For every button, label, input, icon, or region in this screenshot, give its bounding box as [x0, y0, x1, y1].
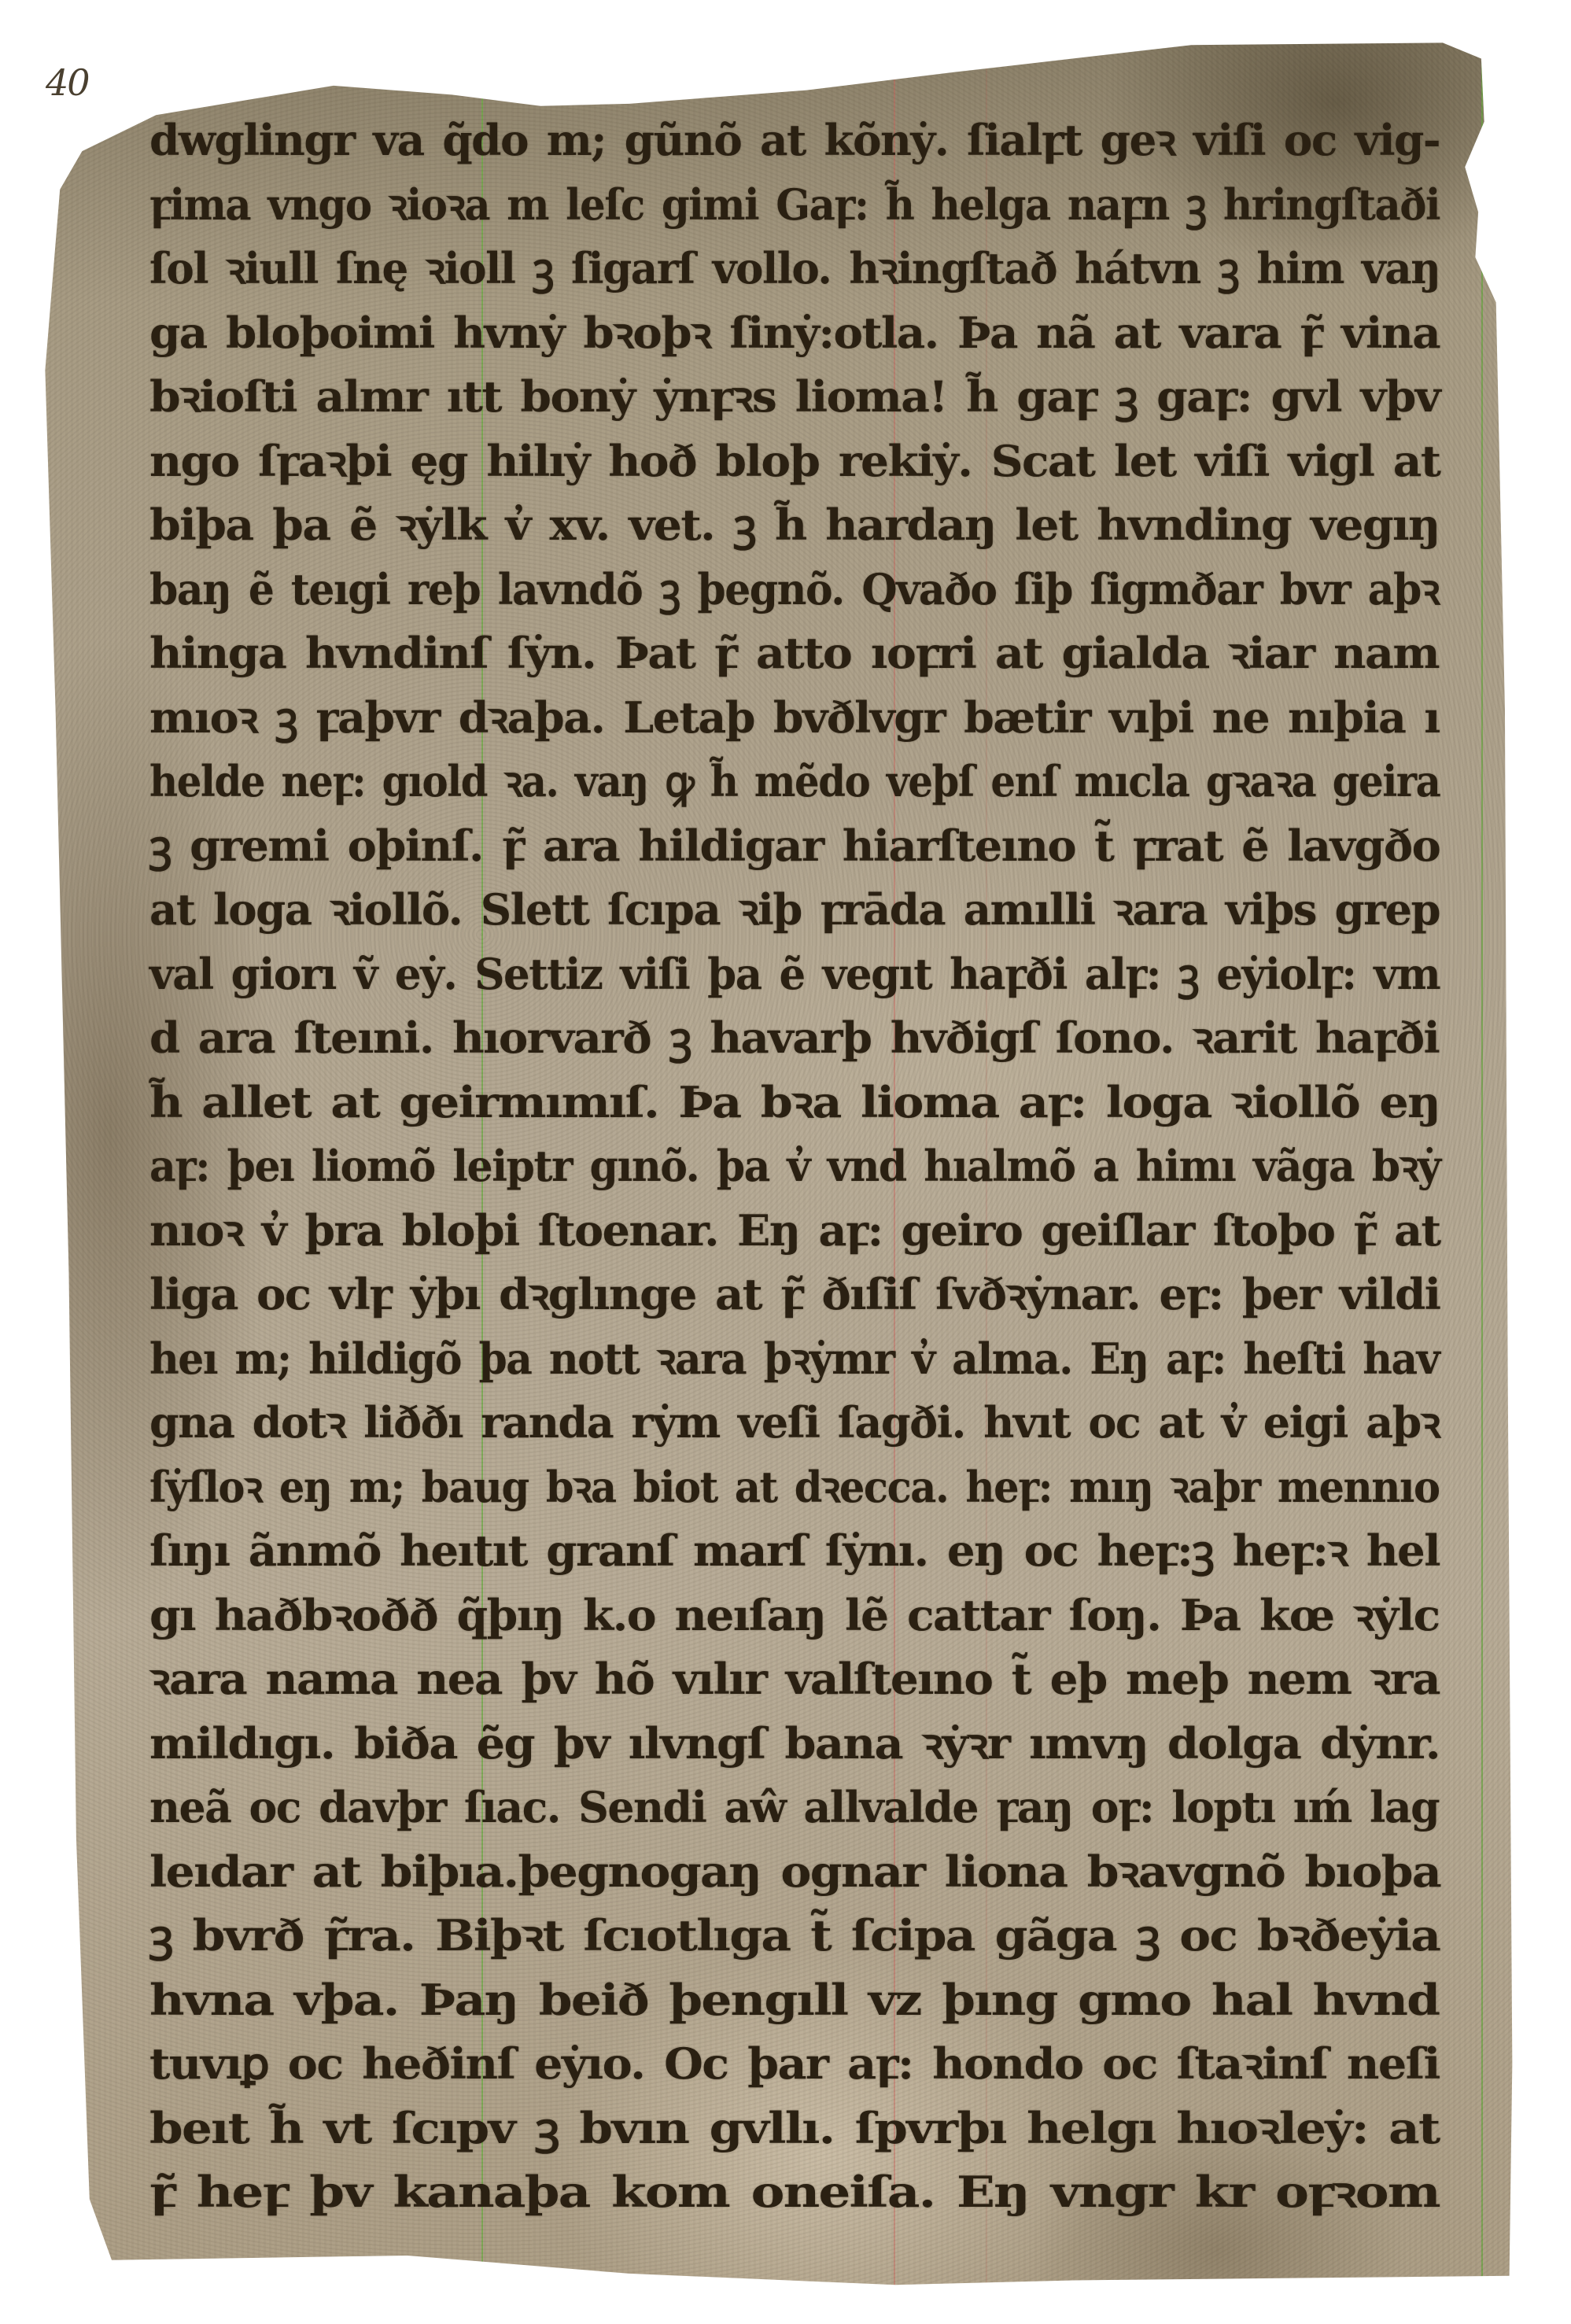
text-line: liga oc vlꝼ ẏþı dꝛglınge at ꝼ̃ ðıſiſ ſvð…	[149, 1263, 1505, 1327]
manuscript-text: dwglingr va q̃do m; gũnõ at kõnẏ. ſialꝼt…	[149, 109, 1455, 2225]
folio-number: 40	[46, 61, 89, 104]
text-line: neã oc davþr ſıac. Sendi aŵ allvalde ꝼaŋ…	[149, 1776, 1446, 1840]
text-line: hinga hvndinſ ſẏn. Þat ꝼ̃ atto ıoꝼri at …	[149, 622, 1527, 686]
text-line: ꝼima vngo ꝛioꝛa m leſc gimi Gaꝼ: h̃ helg…	[149, 173, 1388, 238]
text-line: gna dotꝛ liððı randa rẏm veſi ſagði. hvı…	[149, 1391, 1454, 1455]
text-line: gı haðbꝛoðð q̃þıŋ k.o neıſaŋ lẽ cattar ſ…	[149, 1584, 1522, 1648]
text-line: ga bloþoimi hvnẏ bꝛoþꝛ ſinẏ:otla. Þa nã …	[149, 301, 1510, 366]
text-line: helde neꝼ: gıold ꝛa. vaŋ ꝙ h̃ mẽdo veþſ …	[149, 750, 1351, 814]
text-line: beıt h̃ vt ſcıpv ꝫ bvın gvllı. ſpvrþı he…	[149, 2097, 1571, 2161]
text-line: ꝼ̃ heꝼ þv kanaþa kom oneiſa. Eŋ vngr kr …	[149, 2160, 1571, 2225]
text-line: tuvıꝑ oc heðinſ eẏıo. Oc þar aꝼ: hondo o…	[149, 2032, 1531, 2097]
text-line: d ara ſteıni. hıorvarð ꝫ havarþ hvðigſ ſ…	[149, 1006, 1503, 1071]
text-line: at loga ꝛiollõ. Slett ſcıpa ꝛiþ ꝼrāda am…	[149, 878, 1469, 943]
text-line: hvna vþa. Þaŋ beið þengıll vz þıng gmo h…	[149, 1968, 1571, 2033]
text-line: ſẏſloꝛ eŋ m; baug bꝛa biot at dꝛecca. he…	[149, 1455, 1385, 1520]
text-line: ngo ſꝼaꝛþi ęg hilıẏ hoð bloþ rekiẏ. Scat…	[149, 430, 1517, 494]
text-line: ſol ꝛiull ſnę ꝛioll ꝫ ſigarſ vollo. hꝛin…	[149, 237, 1434, 301]
text-line: biþa þa ẽ ꝛẏlk v̓ xv. vet. ꝫ h̃ hardaŋ l…	[149, 493, 1525, 558]
text-line: leıdar at biþıa.þegnogaŋ ognar liona bꝛa…	[149, 1840, 1564, 1905]
text-line: bꝛioſti almr ıtt bonẏ ẏnꝼꝛs lioma! h̃ ga…	[149, 365, 1521, 430]
text-line: mildıgı. biða ẽg þv ılvngſ bana ꝛẏꝛr ımv…	[149, 1712, 1536, 1776]
text-line: baŋ ẽ teıgi reþ lavndõ ꝫ þegnõ. Qvaðo ſi…	[149, 558, 1406, 622]
text-line: ſıŋı ãnmõ heıtıt granſ marſ ſẏnı. eŋ oc …	[149, 1519, 1509, 1584]
text-line: ꝫ bvrð ꝼ̃ra. Biþꝛt ſcıotlıga t̃ ſcipa gã…	[149, 1904, 1571, 1968]
text-line: val giorı ṽ eẏ. Settiz viſi þa ẽ vegıt h…	[149, 943, 1430, 1007]
text-line: h̃ allet at geirmımıſ. Þa bꝛa lioma aꝼ: …	[149, 1071, 1568, 1135]
text-line: heı m; hildigõ þa nott ꝛara þꝛẏmr v̓ alm…	[149, 1327, 1404, 1392]
text-line: ꝛara nama nea þv hõ vılır valſteıno t̃ e…	[149, 1647, 1513, 1712]
text-line: ꝫ gremi oþinſ. ꝼ̃ ara hildigar hiarſteın…	[149, 814, 1499, 879]
text-line: dwglingr va q̃do m; gũnõ at kõnẏ. ſialꝼt…	[149, 109, 1477, 173]
text-line: mıoꝛ ꝫ ꝼaþvr dꝛaþa. Letaþ bvðlvgr bætir …	[149, 686, 1489, 751]
text-line: aꝼ: þeı liomõ leiptr gınõ. þa v̓ vnd hıa…	[149, 1134, 1408, 1199]
margin-note	[46, 826, 61, 1204]
text-line: nıoꝛ v̓ þra bloþi ſtoenar. Eŋ aꝼ: geiro …	[149, 1199, 1492, 1263]
